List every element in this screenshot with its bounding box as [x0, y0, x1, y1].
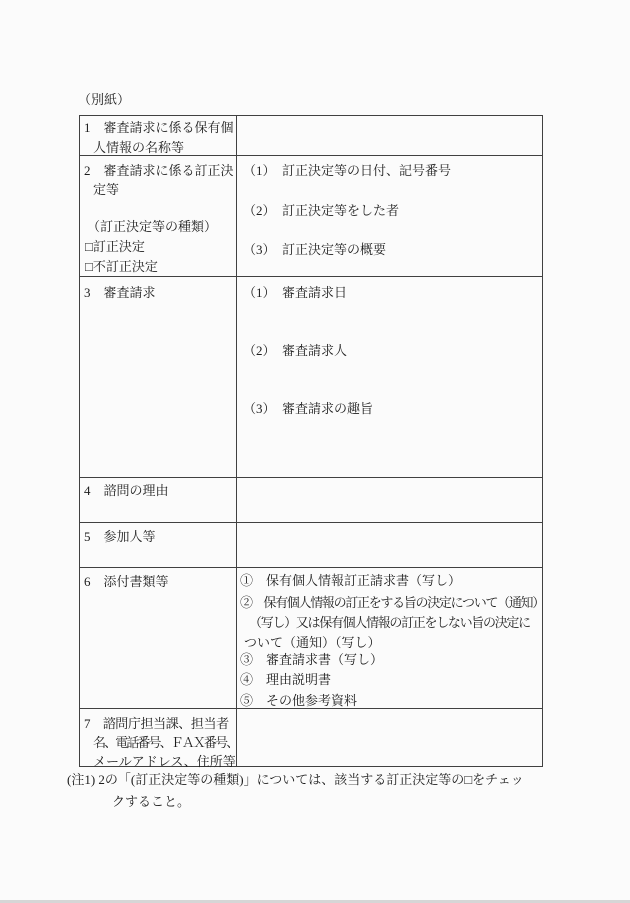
- row-7-header-cell: 7 諮問庁担当課、担当者 名、電話番号、ＦＡＸ番号、 メールアドレス、住所等: [80, 709, 237, 766]
- footnote-line-1: (注1) 2の「(訂正決定等の種類)」については、該当する訂正決定等の□をチェッ: [67, 772, 524, 788]
- row-1-title-line-2: 人情報の名称等: [93, 140, 184, 156]
- row-6-value-cell: ① 保有個人情報訂正請求書（写し） ② 保有個人情報の訂正をする旨の決定について…: [237, 568, 542, 708]
- row-2-value-cell: （1） 訂正決定等の日付、記号番号 （2） 訂正決定等をした者 （3） 訂正決定…: [237, 156, 542, 276]
- row-2-title-line-1: 2 審査請求に係る訂正決: [84, 163, 234, 179]
- table-row-6: 6 添付書類等 ① 保有個人情報訂正請求書（写し） ② 保有個人情報の訂正をする…: [80, 568, 542, 709]
- row-6-header-cell: 6 添付書類等: [80, 568, 237, 708]
- row-2-header-cell: 2 審査請求に係る訂正決 定等 （訂正決定等の種類） □訂正決定 □不訂正決定: [80, 156, 237, 276]
- row-3-item-2: （2） 審査請求人: [243, 343, 347, 359]
- attachment-label: （別紙）: [78, 92, 130, 108]
- table-row-4: 4 諮問の理由: [80, 478, 542, 523]
- checkbox-line-non-correction-decision: □不訂正決定: [85, 259, 158, 275]
- row-2-item-2: （2） 訂正決定等をした者: [243, 203, 399, 219]
- document-page: （別紙） 1 審査請求に係る保有個 人情報の名称等 2 審査請求に係る訂正決 定…: [0, 0, 630, 903]
- table-row-1: 1 審査請求に係る保有個 人情報の名称等: [80, 116, 542, 156]
- form-table: 1 審査請求に係る保有個 人情報の名称等 2 審査請求に係る訂正決 定等 （訂正…: [79, 115, 543, 767]
- row-7-title-line-3: メールアドレス、住所等: [93, 754, 236, 770]
- row-5-title-line-1: 5 参加人等: [84, 529, 156, 545]
- attachment-item-2-line-3: ついて（通知）（写し）: [244, 635, 381, 651]
- row-2-item-1: （1） 訂正決定等の日付、記号番号: [243, 163, 451, 179]
- attachment-item-5: ⑤ その他参考資料: [240, 693, 357, 708]
- row-4-header-cell: 4 諮問の理由: [80, 478, 237, 522]
- decision-type-caption: （訂正決定等の種類）: [87, 219, 217, 235]
- row-7-value-cell: [237, 709, 542, 766]
- attachment-item-1: ① 保有個人情報訂正請求書（写し）: [240, 573, 461, 589]
- empty-checkbox-icon: □: [85, 259, 93, 274]
- row-7-title-line-1: 7 諮問庁担当課、担当者: [84, 716, 229, 732]
- table-row-3: 3 審査請求 （1） 審査請求日 （2） 審査請求人 （3） 審査請求の趣旨: [80, 277, 542, 478]
- attachment-item-3: ③ 審査請求書（写し）: [240, 652, 383, 668]
- row-4-title-line-1: 4 諮問の理由: [84, 483, 169, 499]
- checkbox-line-correction-decision: □訂正決定: [85, 239, 145, 255]
- table-row-7: 7 諮問庁担当課、担当者 名、電話番号、ＦＡＸ番号、 メールアドレス、住所等: [80, 709, 542, 766]
- row-7-title-line-2: 名、電話番号、ＦＡＸ番号、: [93, 735, 237, 751]
- table-row-5: 5 参加人等: [80, 523, 542, 568]
- row-5-header-cell: 5 参加人等: [80, 523, 237, 567]
- attachment-item-4: ④ 理由説明書: [240, 672, 331, 688]
- row-5-value-cell: [237, 523, 542, 567]
- attachment-item-2-line-1: ② 保有個人情報の訂正をする旨の決定について（通知）: [240, 595, 542, 611]
- row-3-item-3: （3） 審査請求の趣旨: [243, 401, 373, 417]
- row-3-value-cell: （1） 審査請求日 （2） 審査請求人 （3） 審査請求の趣旨: [237, 277, 542, 477]
- checkbox-label: 不訂正決定: [93, 259, 158, 274]
- row-1-value-cell: [237, 116, 542, 155]
- row-1-header-cell: 1 審査請求に係る保有個 人情報の名称等: [80, 116, 237, 155]
- row-2-title-line-2: 定等: [93, 182, 119, 198]
- row-3-header-cell: 3 審査請求: [80, 277, 237, 477]
- footnote-line-2: クすること。: [112, 794, 190, 810]
- row-1-title-line-1: 1 審査請求に係る保有個: [84, 120, 234, 136]
- empty-checkbox-icon: □: [85, 239, 93, 254]
- attachment-item-2-line-2: （写し）又は保有個人情報の訂正をしない旨の決定に: [249, 615, 530, 631]
- row-6-title-line-1: 6 添付書類等: [84, 574, 169, 590]
- row-2-item-3: （3） 訂正決定等の概要: [243, 242, 386, 258]
- row-3-title-line-1: 3 審査請求: [84, 285, 156, 301]
- checkbox-label: 訂正決定: [93, 239, 145, 254]
- row-3-item-1: （1） 審査請求日: [243, 285, 347, 301]
- row-4-value-cell: [237, 478, 542, 522]
- table-row-2: 2 審査請求に係る訂正決 定等 （訂正決定等の種類） □訂正決定 □不訂正決定 …: [80, 156, 542, 277]
